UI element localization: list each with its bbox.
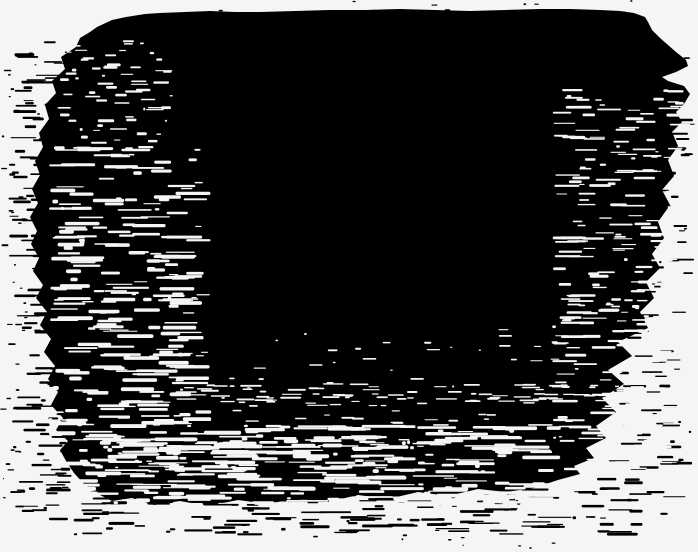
artwork-canvas bbox=[0, 0, 698, 552]
ink-blob-path bbox=[30, 9, 690, 506]
brush-stroke-artwork bbox=[0, 0, 698, 552]
